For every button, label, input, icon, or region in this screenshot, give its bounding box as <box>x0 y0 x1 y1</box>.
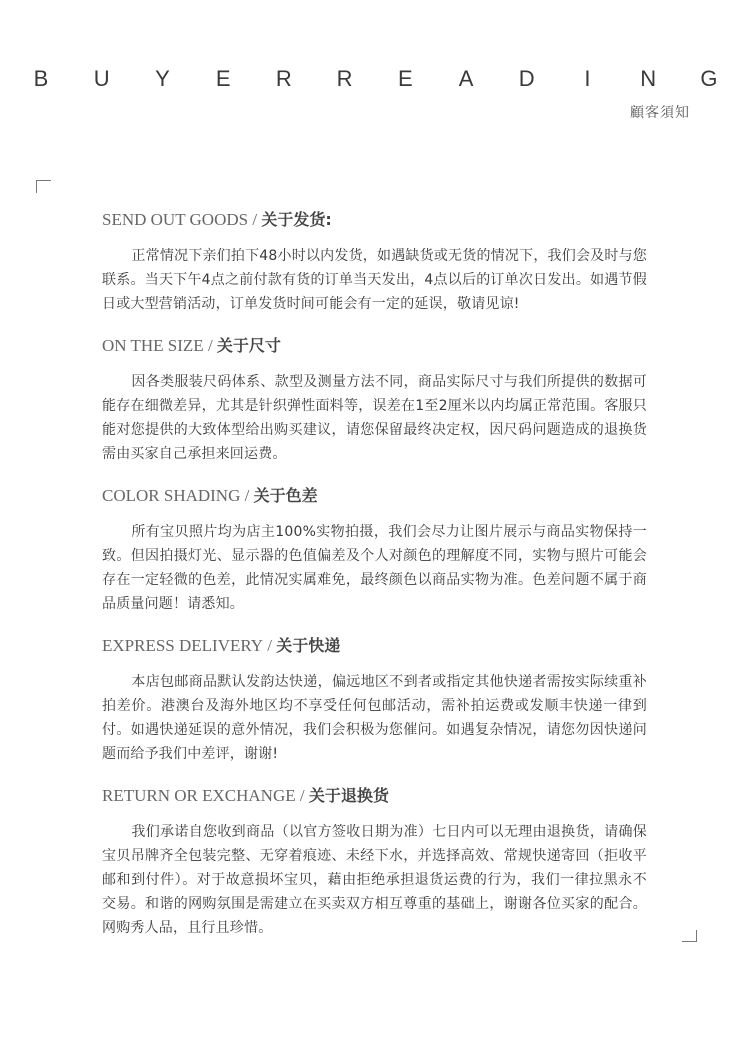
heading-en: ON THE SIZE <box>102 336 204 355</box>
brand-letter: Y <box>151 66 173 92</box>
brand-letter: G <box>698 66 720 92</box>
section-heading: EXPRESS DELIVERY / 关于快递 <box>102 634 647 658</box>
heading-en: COLOR SHADING <box>102 486 240 505</box>
section-body: 本店包邮商品默认发韵达快递，偏远地区不到者或指定其他快递者需按实际续重补拍差价。… <box>102 670 647 766</box>
heading-cn: 关于发货: <box>261 210 331 229</box>
brand-subtitle: 顧客須知 <box>630 102 690 122</box>
heading-en: SEND OUT GOODS <box>102 210 248 229</box>
heading-cn: 关于快递 <box>276 636 340 655</box>
heading-en: RETURN OR EXCHANGE <box>102 786 296 805</box>
section-heading: RETURN OR EXCHANGE / 关于退换货 <box>102 784 647 808</box>
brand-letter: I <box>576 66 598 92</box>
heading-en: EXPRESS DELIVERY <box>102 636 263 655</box>
heading-separator: / <box>240 486 253 505</box>
section-body: 所有宝贝照片均为店主100%实物拍摄，我们会尽力让图片展示与商品实物保持一致。但… <box>102 520 647 616</box>
brand-letter: E <box>394 66 416 92</box>
section-body: 我们承诺自您收到商品（以官方签收日期为准）七日内可以无理由退换货，请确保宝贝吊牌… <box>102 820 647 940</box>
section-send-out-goods: SEND OUT GOODS / 关于发货: 正常情况下亲们拍下48小时以内发货… <box>102 208 647 316</box>
heading-separator: / <box>296 786 309 805</box>
heading-cn: 关于色差 <box>254 486 318 505</box>
section-heading: SEND OUT GOODS / 关于发货: <box>102 208 647 232</box>
section-express-delivery: EXPRESS DELIVERY / 关于快递 本店包邮商品默认发韵达快递，偏远… <box>102 634 647 766</box>
brand-letter: N <box>637 66 659 92</box>
brand-letter: E <box>212 66 234 92</box>
heading-separator: / <box>263 636 276 655</box>
brand-letter: B <box>30 66 52 92</box>
notice-content: SEND OUT GOODS / 关于发货: 正常情况下亲们拍下48小时以内发货… <box>102 208 647 958</box>
heading-separator: / <box>204 336 217 355</box>
brand-title: B U Y E R R E A D I N G <box>30 66 720 92</box>
heading-separator: / <box>248 210 261 229</box>
section-heading: COLOR SHADING / 关于色差 <box>102 484 647 508</box>
corner-bracket-bottom-right-icon <box>682 930 697 942</box>
heading-cn: 关于退换货 <box>309 786 389 805</box>
brand-letter: U <box>91 66 113 92</box>
section-on-the-size: ON THE SIZE / 关于尺寸 因各类服装尺码体系、款型及测量方法不同，商… <box>102 334 647 466</box>
section-heading: ON THE SIZE / 关于尺寸 <box>102 334 647 358</box>
section-body: 因各类服装尺码体系、款型及测量方法不同，商品实际尺寸与我们所提供的数据可能存在细… <box>102 370 647 466</box>
section-return-or-exchange: RETURN OR EXCHANGE / 关于退换货 我们承诺自您收到商品（以官… <box>102 784 647 940</box>
brand-letter: R <box>273 66 295 92</box>
brand-letter: R <box>334 66 356 92</box>
brand-letter: D <box>516 66 538 92</box>
heading-cn: 关于尺寸 <box>217 336 281 355</box>
brand-letter: A <box>455 66 477 92</box>
section-color-shading: COLOR SHADING / 关于色差 所有宝贝照片均为店主100%实物拍摄，… <box>102 484 647 616</box>
section-body: 正常情况下亲们拍下48小时以内发货，如遇缺货或无货的情况下，我们会及时与您联系。… <box>102 244 647 316</box>
corner-bracket-top-left-icon <box>36 180 51 193</box>
